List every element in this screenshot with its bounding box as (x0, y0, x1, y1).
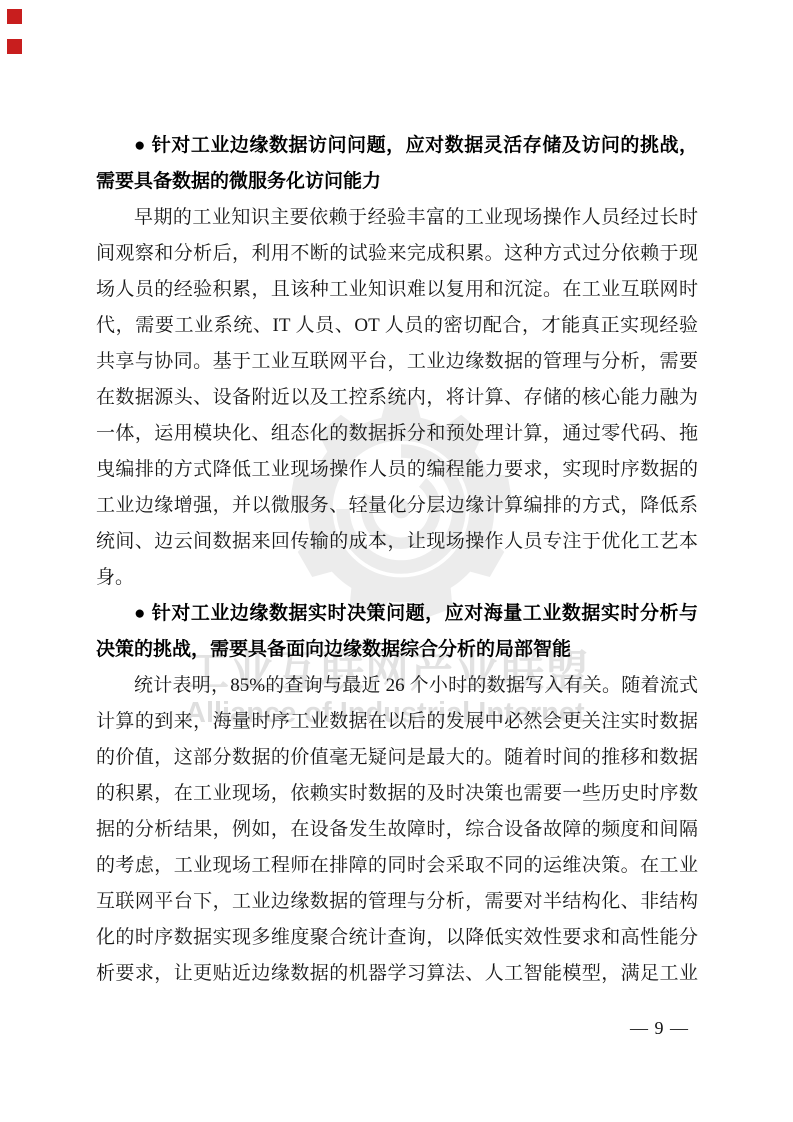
heading-line: ● 针对工业边缘数据实时决策问题，应对海量工业数据实时分析与 (96, 596, 698, 632)
body-line: 曳编排的方式降低工业现场操作人员的编程能力要求，实现时序数据的 (96, 452, 698, 488)
body-line: 统间、边云间数据来回传输的成本，让现场操作人员专注于优化工艺本 (96, 524, 698, 560)
body-line: 工业边缘增强，并以微服务、轻量化分层边缘计算编排的方式，降低系 (96, 488, 698, 524)
page-number: — 9 — (630, 1016, 689, 1040)
body-line: 间观察和分析后，利用不断的试验来完成积累。这种方式过分依赖于现 (96, 236, 698, 272)
heading-line: 决策的挑战，需要具备面向边缘数据综合分析的局部智能 (96, 632, 698, 668)
body-line: 化的时序数据实现多维度聚合统计查询，以降低实效性要求和高性能分 (96, 920, 698, 956)
body-line: 一体，运用模块化、组态化的数据拆分和预处理计算，通过零代码、拖 (96, 416, 698, 452)
body-line: 共享与协同。基于工业互联网平台，工业边缘数据的管理与分析，需要 (96, 344, 698, 380)
body-line: 在数据源头、设备附近以及工控系统内，将计算、存储的核心能力融为 (96, 380, 698, 416)
body-line: 互联网平台下，工业边缘数据的管理与分析，需要对半结构化、非结构 (96, 884, 698, 920)
body-line: 的价值，这部分数据的价值毫无疑问是最大的。随着时间的推移和数据 (96, 740, 698, 776)
body-line: 据的分析结果，例如，在设备发生故障时，综合设备故障的频度和间隔 (96, 812, 698, 848)
body-line: 统计表明，85%的查询与最近 26 个小时的数据写入有关。随着流式 (96, 668, 698, 704)
body-line: 的积累，在工业现场，依赖实时数据的及时决策也需要一些历史时序数 (96, 776, 698, 812)
body-line: 的考虑，工业现场工程师在排障的同时会采取不同的运维决策。在工业 (96, 848, 698, 884)
body-line: 代，需要工业系统、IT 人员、OT 人员的密切配合，才能真正实现经验 (96, 308, 698, 344)
body-line: 计算的到来，海量时序工业数据在以后的发展中必然会更关注实时数据 (96, 704, 698, 740)
red-square-mark-icon (7, 39, 22, 54)
body-line: 身。 (96, 560, 698, 596)
document-body: ● 针对工业边缘数据访问问题，应对数据灵活存储及访问的挑战， 需要具备数据的微服… (96, 128, 698, 992)
body-line: 场人员的经验积累，且该种工业知识难以复用和沉淀。在工业互联网时 (96, 272, 698, 308)
body-line: 析要求，让更贴近边缘数据的机器学习算法、人工智能模型，满足工业 (96, 956, 698, 992)
heading-line: ● 针对工业边缘数据访问问题，应对数据灵活存储及访问的挑战， (96, 128, 698, 164)
body-line: 早期的工业知识主要依赖于经验丰富的工业现场操作人员经过长时 (96, 200, 698, 236)
red-square-mark-icon (7, 9, 22, 24)
heading-line: 需要具备数据的微服务化访问能力 (96, 164, 698, 200)
document-page: 工业互联网产业联盟 Alliance of Industrial Interne… (0, 0, 793, 1122)
